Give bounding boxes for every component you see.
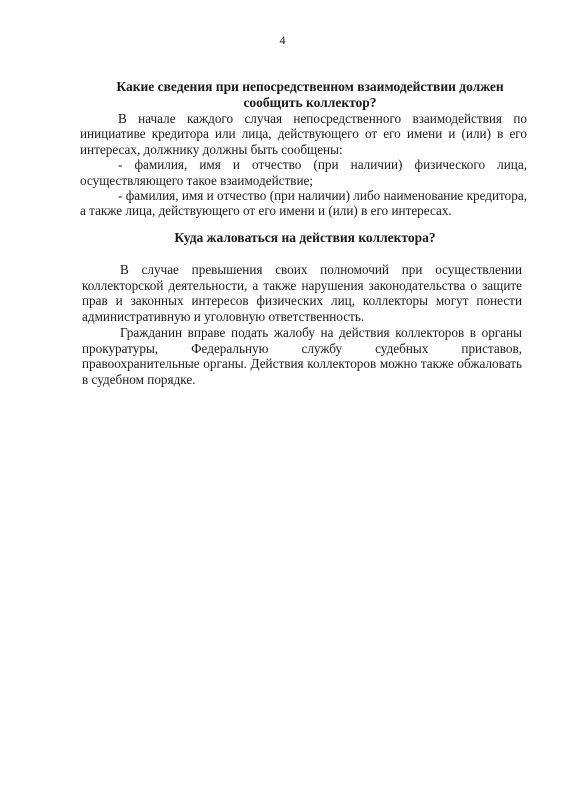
section-complaints: В случае превышения своих полномочий при… (82, 262, 522, 388)
paragraph-liability: В случае превышения своих полномочий при… (82, 262, 522, 325)
paragraph-complaint-authorities: Гражданин вправе подать жалобу на действ… (82, 325, 522, 388)
section-heading-complaints: Куда жаловаться на действия коллектора? (82, 230, 528, 246)
section-heading-info-disclosure: Какие сведения при непосредственном взаи… (110, 79, 510, 111)
paragraph-intro: В начале каждого случая непосредственног… (80, 111, 527, 157)
list-item-creditor-name: - фамилия, имя и отчество (при наличии) … (80, 188, 527, 219)
page-number: 4 (0, 33, 565, 47)
section-info-disclosure: В начале каждого случая непосредственног… (80, 111, 527, 219)
list-item-collector-name: - фамилия, имя и отчество (при наличии) … (80, 157, 527, 188)
